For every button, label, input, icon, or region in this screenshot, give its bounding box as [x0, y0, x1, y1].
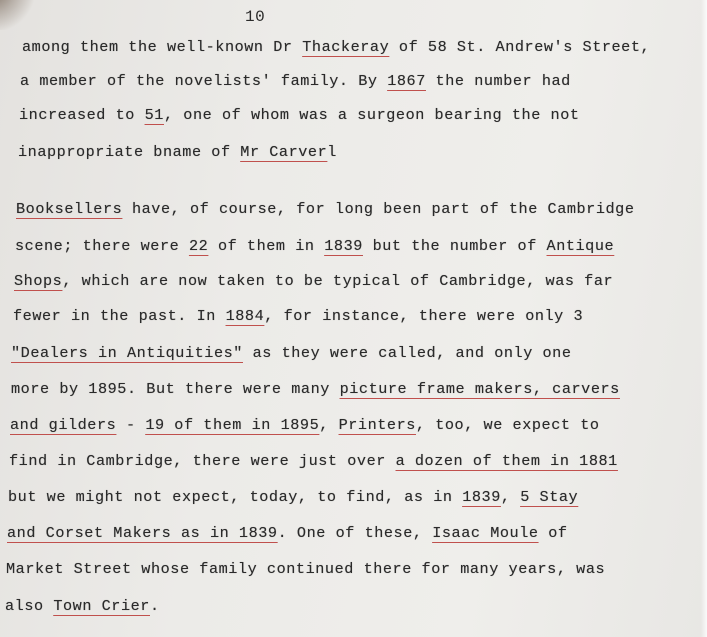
underlined-phrase: 19 of them in 1895	[145, 416, 319, 434]
underlined-phrase: 51	[145, 106, 164, 124]
text-segment: inappropriate bname of	[18, 143, 240, 161]
text-line: Shops, which are now taken to be typical…	[14, 272, 613, 290]
text-segment: Market Street whose family continued the…	[6, 560, 605, 578]
underlined-phrase: Thackeray	[302, 38, 389, 56]
text-line: Booksellers have, of course, for long be…	[16, 200, 635, 218]
page-number: 10	[245, 8, 265, 26]
text-segment: of	[539, 524, 568, 542]
underlined-phrase: Antique	[547, 237, 615, 255]
text-line: "Dealers in Antiquities" as they were ca…	[11, 344, 572, 362]
text-line: and gilders - 19 of them in 1895, Printe…	[10, 416, 600, 434]
text-line: also Town Crier.	[5, 597, 160, 615]
text-line: and Corset Makers as in 1839. One of the…	[7, 524, 568, 542]
underlined-phrase: 1839	[462, 488, 501, 506]
text-segment: ,	[319, 416, 338, 434]
text-segment: , too, we expect to	[416, 416, 600, 434]
text-line: find in Cambridge, there were just over …	[9, 452, 618, 470]
text-segment: .	[150, 597, 160, 615]
text-line: fewer in the past. In 1884, for instance…	[13, 307, 583, 325]
text-line: inappropriate bname of Mr Carverl	[18, 143, 337, 161]
page-edge	[701, 0, 707, 637]
underlined-phrase: 1839	[324, 237, 363, 255]
underlined-phrase: "Dealers in Antiquities"	[11, 344, 243, 362]
underlined-phrase: Printers	[339, 416, 416, 434]
text-segment: scene; there were	[15, 237, 189, 255]
underlined-phrase: picture frame makers, carvers	[340, 380, 620, 398]
text-segment: , for instance, there were only 3	[264, 307, 583, 325]
text-segment: of them in	[208, 237, 324, 255]
underlined-phrase: Town Crier	[53, 597, 150, 615]
text-segment: a member of the novelists' family. By	[20, 72, 387, 90]
text-segment: more by 1895. But there were many	[11, 380, 340, 398]
underlined-phrase: Mr Carver	[240, 143, 327, 161]
text-segment: l	[327, 143, 337, 161]
text-segment: have, of course, for long been part of t…	[122, 200, 634, 218]
text-segment: find in Cambridge, there were just over	[9, 452, 396, 470]
text-segment: but the number of	[363, 237, 547, 255]
text-line: among them the well-known Dr Thackeray o…	[22, 38, 650, 56]
text-segment: ,	[501, 488, 520, 506]
text-segment: also	[5, 597, 53, 615]
text-segment: , one of whom was a surgeon bearing the …	[164, 106, 580, 124]
underlined-phrase: and Corset Makers as in 1839	[7, 524, 278, 542]
text-line: Market Street whose family continued the…	[6, 560, 605, 578]
text-segment: increased to	[19, 106, 145, 124]
underlined-phrase: a dozen of them in 1881	[396, 452, 618, 470]
text-line: but we might not expect, today, to find,…	[8, 488, 578, 506]
photo-corner-shadow	[0, 0, 40, 30]
underlined-phrase: 1884	[226, 307, 265, 325]
text-segment: . One of these,	[278, 524, 433, 542]
underlined-phrase: Booksellers	[16, 200, 122, 218]
underlined-phrase: and gilders	[10, 416, 116, 434]
text-line: more by 1895. But there were many pictur…	[11, 380, 620, 398]
underlined-phrase: Isaac Moule	[432, 524, 538, 542]
text-segment: but we might not expect, today, to find,…	[8, 488, 462, 506]
underlined-phrase: Shops	[14, 272, 62, 290]
text-segment: among them the well-known Dr	[22, 38, 302, 56]
underlined-phrase: 5 Stay	[520, 488, 578, 506]
text-segment: as they were called, and only one	[243, 344, 572, 362]
text-segment: -	[116, 416, 145, 434]
text-segment: of 58 St. Andrew's Street,	[389, 38, 650, 56]
underlined-phrase: 1867	[387, 72, 426, 90]
text-segment: the number had	[426, 72, 571, 90]
text-segment: fewer in the past. In	[13, 307, 226, 325]
text-line: increased to 51, one of whom was a surge…	[19, 106, 580, 124]
text-line: scene; there were 22 of them in 1839 but…	[15, 237, 614, 255]
text-segment: , which are now taken to be typical of C…	[62, 272, 613, 290]
text-line: a member of the novelists' family. By 18…	[20, 72, 571, 90]
underlined-phrase: 22	[189, 237, 208, 255]
